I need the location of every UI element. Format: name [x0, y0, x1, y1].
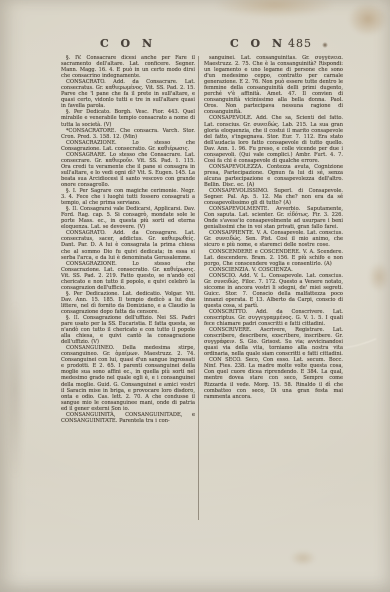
entry-paragraph: §. Per Dedicazione. Lat. dedicatio. Volg… [61, 291, 195, 315]
foxing-stain [348, 2, 388, 36]
entry-paragraph: CONSCRITTO. Add. da Conscrivere. Lat. co… [204, 309, 343, 327]
entry-paragraph: §. II. Consagrarsi vale Dedicarsi, Appli… [61, 206, 195, 230]
entry-paragraph: CONSAGRATO. Add. da Consagrare. Lat. con… [61, 230, 195, 260]
entry-paragraph: CONSAPEVOLISSIMO. Superl. di Consapevole… [204, 188, 343, 206]
foxing-stain [215, 0, 335, 18]
entry-paragraph: CONSAPEVOLEZZA. Contezza avuta, Cognizio… [204, 164, 343, 188]
text-column-right: sanguinei. Lat. consanguinitas. Gr. συγγ… [204, 55, 343, 523]
foxing-stain [290, 550, 316, 566]
column-divider-rule [198, 56, 199, 520]
entry-paragraph: §. IV. Consacrare dicesi anche per Fare … [61, 55, 195, 79]
entry-paragraph: CONSANGUINEO. Della medesima stirpe, con… [61, 345, 195, 412]
running-head-left: C O N [61, 37, 195, 51]
entry-paragraph: CONSAPEVOLE. Add. Che sa, Scienti del fa… [204, 115, 343, 163]
entry-paragraph: CONSAGRAZIONE. Lo stesso che Consacrazio… [61, 261, 195, 291]
entry-paragraph: CONSCENDERE e COSCENDERE. V. A. Scendere… [204, 249, 343, 267]
entry-paragraph: CONSACRAZIONE. Lo stesso che Consagrazio… [61, 140, 195, 152]
entry-paragraph: CONSCRIVERE. Ascrivere, Registrare. Lat.… [204, 327, 343, 357]
entry-paragraph: CON SECO. Seco, Con esso. Lat. secum. Bo… [204, 357, 343, 399]
entry-paragraph: *CONSACRATORE. Che consacra. Varch. Stor… [61, 128, 195, 140]
entry-paragraph: §. II. Consagrazione dell'uffizio. Nei S… [61, 315, 195, 345]
entry-paragraph: CONSAGRARE. Lo stesso che Consacrare. La… [61, 152, 195, 188]
entry-paragraph: CONSAPPIENTE. V. A. Consapevole. Lat. co… [204, 230, 343, 248]
entry-paragraph: sanguinei. Lat. consanguinitas. Gr. συγγ… [204, 55, 343, 115]
entry-paragraph: CONSANGUINITÀ, CONSANGUINITADE, e CONSAN… [61, 412, 195, 424]
entry-paragraph: CONSACRATO. Add. da Consacrare. Lat. con… [61, 79, 195, 109]
foxing-stain [368, 262, 390, 292]
entry-paragraph: §. I. Per Sagrare con magiche cerimonie.… [61, 188, 195, 206]
entry-paragraph: CONSAPEVOLMENTE. Avverbio. Saputamente, … [204, 206, 343, 230]
entry-paragraph: CONSCIO. Add. V. L. Consapevole. Lat. co… [204, 273, 343, 309]
entry-paragraph: §. Per Dedicato. Borgh. Vesc. Fior. 443.… [61, 109, 195, 127]
page-number: 485 [288, 37, 328, 50]
text-column-left: §. IV. Consacrare dicesi anche per Fare … [61, 55, 195, 523]
page-edge-shadow [6, 300, 24, 480]
scanned-book-page: C O N C O N 485 §. IV. Consacrare dicesi… [0, 0, 390, 592]
